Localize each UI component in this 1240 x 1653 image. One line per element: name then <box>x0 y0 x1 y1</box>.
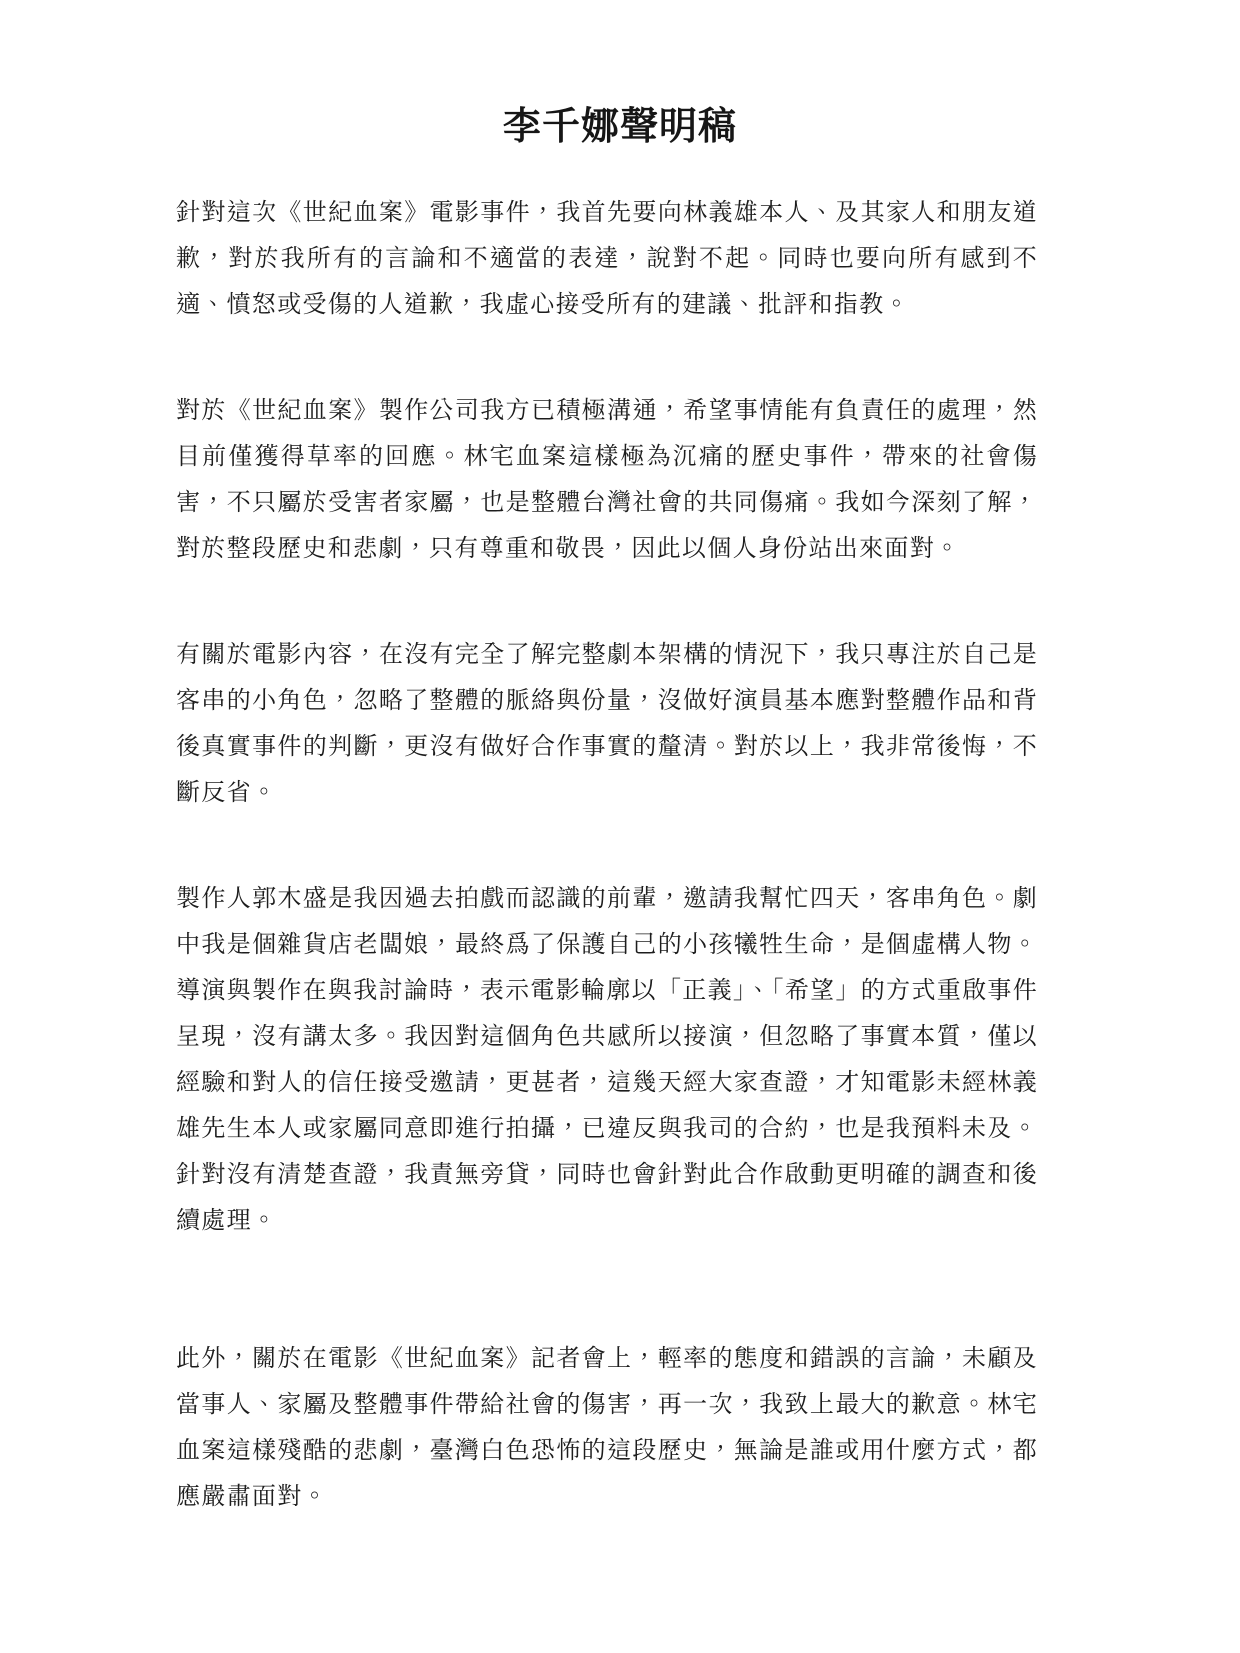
statement-paragraph-5: 此外，關於在電影《世紀血案》記者會上，輕率的態度和錯誤的言論，未顧及當事人、家屬… <box>176 1336 1038 1520</box>
statement-paragraph-2: 對於《世紀血案》製作公司我方已積極溝通，希望事情能有負責任的處理，然目前僅獲得草… <box>176 388 1038 572</box>
page-title: 李千娜聲明稿 <box>0 0 1240 152</box>
statement-paragraph-4: 製作人郭木盛是我因過去拍戲而認識的前輩，邀請我幫忙四天，客串角色。劇中我是個雜貨… <box>176 876 1038 1244</box>
statement-paragraph-3: 有關於電影內容，在沒有完全了解完整劇本架構的情況下，我只專注於自己是客串的小角色… <box>176 632 1038 816</box>
statement-paragraph-1: 針對這次《世紀血案》電影事件，我首先要向林義雄本人、及其家人和朋友道歉，對於我所… <box>176 190 1038 328</box>
document-page: 李千娜聲明稿 針對這次《世紀血案》電影事件，我首先要向林義雄本人、及其家人和朋友… <box>0 0 1240 1653</box>
statement-body: 針對這次《世紀血案》電影事件，我首先要向林義雄本人、及其家人和朋友道歉，對於我所… <box>176 190 1038 1520</box>
